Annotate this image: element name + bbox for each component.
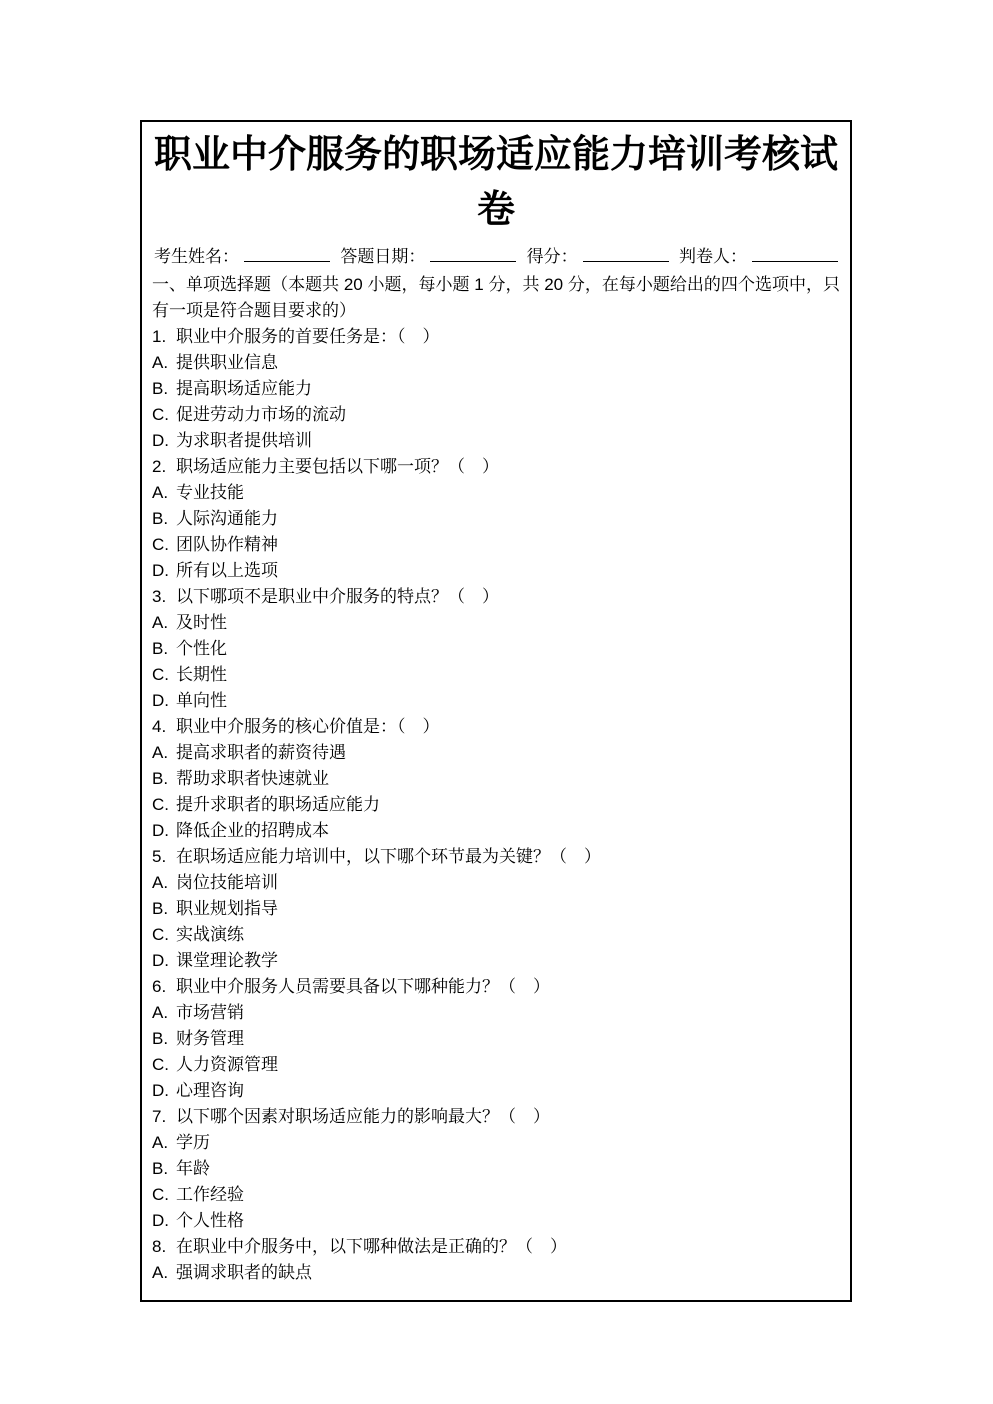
option-line: C.提升求职者的职场适应能力 [152, 792, 840, 818]
candidate-name-field: 考生姓名： [154, 244, 330, 270]
question-line: 3.以下哪项不是职业中介服务的特点？（ ） [152, 584, 840, 610]
option-text: 年龄 [176, 1159, 210, 1178]
question-line: 2.职场适应能力主要包括以下哪一项？（ ） [152, 454, 840, 480]
option-text: 专业技能 [176, 483, 244, 502]
option-letter: D. [152, 818, 176, 844]
option-line: A.市场营销 [152, 1000, 840, 1026]
option-line: B.帮助求职者快速就业 [152, 766, 840, 792]
option-line: A.提供职业信息 [152, 350, 840, 376]
option-text: 个性化 [176, 639, 227, 658]
question-text: 职场适应能力主要包括以下哪一项？（ ） [176, 457, 499, 476]
option-line: A.学历 [152, 1130, 840, 1156]
option-text: 提供职业信息 [176, 353, 278, 372]
option-line: B.人际沟通能力 [152, 506, 840, 532]
option-text: 强调求职者的缺点 [176, 1263, 312, 1282]
grader-label: 判卷人： [679, 247, 747, 266]
option-letter: D. [152, 948, 176, 974]
option-letter: B. [152, 636, 176, 662]
candidate-name-blank [244, 246, 330, 262]
question-line: 6.职业中介服务人员需要具备以下哪种能力？（ ） [152, 974, 840, 1000]
option-letter: D. [152, 428, 176, 454]
answer-date-label: 答题日期： [340, 247, 425, 266]
exam-paper: 职业中介服务的职场适应能力培训考核试卷 考生姓名： 答题日期： 得分： 判卷人：… [140, 120, 852, 1302]
header-fields-row: 考生姓名： 答题日期： 得分： 判卷人： [154, 244, 838, 270]
question-line: 7.以下哪个因素对职场适应能力的影响最大？（ ） [152, 1104, 840, 1130]
question-number: 1. [152, 324, 176, 350]
question-text: 职业中介服务的核心价值是：（ ） [176, 717, 440, 736]
question-line: 1.职业中介服务的首要任务是：（ ） [152, 324, 840, 350]
option-letter: B. [152, 376, 176, 402]
option-line: A.提高求职者的薪资待遇 [152, 740, 840, 766]
option-line: B.年龄 [152, 1156, 840, 1182]
option-line: A.及时性 [152, 610, 840, 636]
option-letter: C. [152, 1052, 176, 1078]
option-text: 降低企业的招聘成本 [176, 821, 329, 840]
option-text: 心理咨询 [176, 1081, 244, 1100]
option-letter: C. [152, 922, 176, 948]
option-text: 财务管理 [176, 1029, 244, 1048]
option-line: D.个人性格 [152, 1208, 840, 1234]
grader-blank [752, 246, 838, 262]
option-line: D.降低企业的招聘成本 [152, 818, 840, 844]
score-label: 得分： [527, 247, 578, 266]
option-text: 工作经验 [176, 1185, 244, 1204]
option-text: 实战演练 [176, 925, 244, 944]
option-line: B.职业规划指导 [152, 896, 840, 922]
option-text: 学历 [176, 1133, 210, 1152]
option-text: 人力资源管理 [176, 1055, 278, 1074]
option-letter: C. [152, 402, 176, 428]
option-letter: A. [152, 1000, 176, 1026]
option-letter: A. [152, 740, 176, 766]
option-letter: B. [152, 896, 176, 922]
option-text: 市场营销 [176, 1003, 244, 1022]
option-text: 提升求职者的职场适应能力 [176, 795, 380, 814]
question-number: 4. [152, 714, 176, 740]
option-text: 提高求职者的薪资待遇 [176, 743, 346, 762]
questions-list: 1.职业中介服务的首要任务是：（ ）A.提供职业信息B.提高职场适应能力C.促进… [152, 324, 840, 1286]
option-letter: A. [152, 480, 176, 506]
option-text: 个人性格 [176, 1211, 244, 1230]
question-text: 在职业中介服务中，以下哪种做法是正确的？（ ） [176, 1237, 567, 1256]
option-text: 单向性 [176, 691, 227, 710]
option-letter: A. [152, 610, 176, 636]
score-field: 得分： [527, 244, 669, 270]
option-text: 课堂理论教学 [176, 951, 278, 970]
option-line: B.提高职场适应能力 [152, 376, 840, 402]
grader-field: 判卷人： [679, 244, 838, 270]
option-text: 促进劳动力市场的流动 [176, 405, 346, 424]
option-text: 提高职场适应能力 [176, 379, 312, 398]
question-text: 职业中介服务的首要任务是：（ ） [176, 327, 440, 346]
option-letter: C. [152, 662, 176, 688]
option-line: A.强调求职者的缺点 [152, 1260, 840, 1286]
option-line: C.工作经验 [152, 1182, 840, 1208]
exam-title: 职业中介服务的职场适应能力培训考核试卷 [152, 128, 840, 238]
option-line: D.单向性 [152, 688, 840, 714]
option-text: 职业规划指导 [176, 899, 278, 918]
option-letter: A. [152, 1130, 176, 1156]
answer-date-field: 答题日期： [340, 244, 516, 270]
question-number: 2. [152, 454, 176, 480]
option-letter: B. [152, 1156, 176, 1182]
option-letter: A. [152, 870, 176, 896]
option-line: D.心理咨询 [152, 1078, 840, 1104]
option-text: 人际沟通能力 [176, 509, 278, 528]
score-blank [583, 246, 669, 262]
option-letter: C. [152, 1182, 176, 1208]
question-line: 8.在职业中介服务中，以下哪种做法是正确的？（ ） [152, 1234, 840, 1260]
option-letter: D. [152, 1078, 176, 1104]
question-text: 以下哪个因素对职场适应能力的影响最大？（ ） [176, 1107, 550, 1126]
option-line: D.为求职者提供培训 [152, 428, 840, 454]
option-line: A.岗位技能培训 [152, 870, 840, 896]
option-line: B.个性化 [152, 636, 840, 662]
question-number: 5. [152, 844, 176, 870]
option-text: 长期性 [176, 665, 227, 684]
question-text: 以下哪项不是职业中介服务的特点？（ ） [176, 587, 499, 606]
question-number: 7. [152, 1104, 176, 1130]
option-text: 为求职者提供培训 [176, 431, 312, 450]
option-line: B.财务管理 [152, 1026, 840, 1052]
option-letter: A. [152, 350, 176, 376]
option-line: C.团队协作精神 [152, 532, 840, 558]
candidate-name-label: 考生姓名： [154, 247, 239, 266]
option-text: 团队协作精神 [176, 535, 278, 554]
option-letter: B. [152, 1026, 176, 1052]
question-number: 8. [152, 1234, 176, 1260]
option-line: C.促进劳动力市场的流动 [152, 402, 840, 428]
question-line: 4.职业中介服务的核心价值是：（ ） [152, 714, 840, 740]
question-number: 6. [152, 974, 176, 1000]
option-text: 岗位技能培训 [176, 873, 278, 892]
option-line: C.人力资源管理 [152, 1052, 840, 1078]
option-letter: D. [152, 688, 176, 714]
option-letter: D. [152, 558, 176, 584]
section-heading: 一、单项选择题（本题共 20 小题，每小题 1 分，共 20 分，在每小题给出的… [152, 272, 840, 324]
option-letter: C. [152, 792, 176, 818]
option-line: D.课堂理论教学 [152, 948, 840, 974]
option-line: C.实战演练 [152, 922, 840, 948]
option-text: 及时性 [176, 613, 227, 632]
answer-date-blank [430, 246, 516, 262]
option-letter: A. [152, 1260, 176, 1286]
option-text: 所有以上选项 [176, 561, 278, 580]
question-text: 职业中介服务人员需要具备以下哪种能力？（ ） [176, 977, 550, 996]
option-letter: D. [152, 1208, 176, 1234]
option-text: 帮助求职者快速就业 [176, 769, 329, 788]
option-letter: C. [152, 532, 176, 558]
question-line: 5.在职场适应能力培训中，以下哪个环节最为关键？（ ） [152, 844, 840, 870]
option-line: C.长期性 [152, 662, 840, 688]
option-line: A.专业技能 [152, 480, 840, 506]
option-line: D.所有以上选项 [152, 558, 840, 584]
question-text: 在职场适应能力培训中，以下哪个环节最为关键？（ ） [176, 847, 601, 866]
option-letter: B. [152, 766, 176, 792]
option-letter: B. [152, 506, 176, 532]
question-number: 3. [152, 584, 176, 610]
